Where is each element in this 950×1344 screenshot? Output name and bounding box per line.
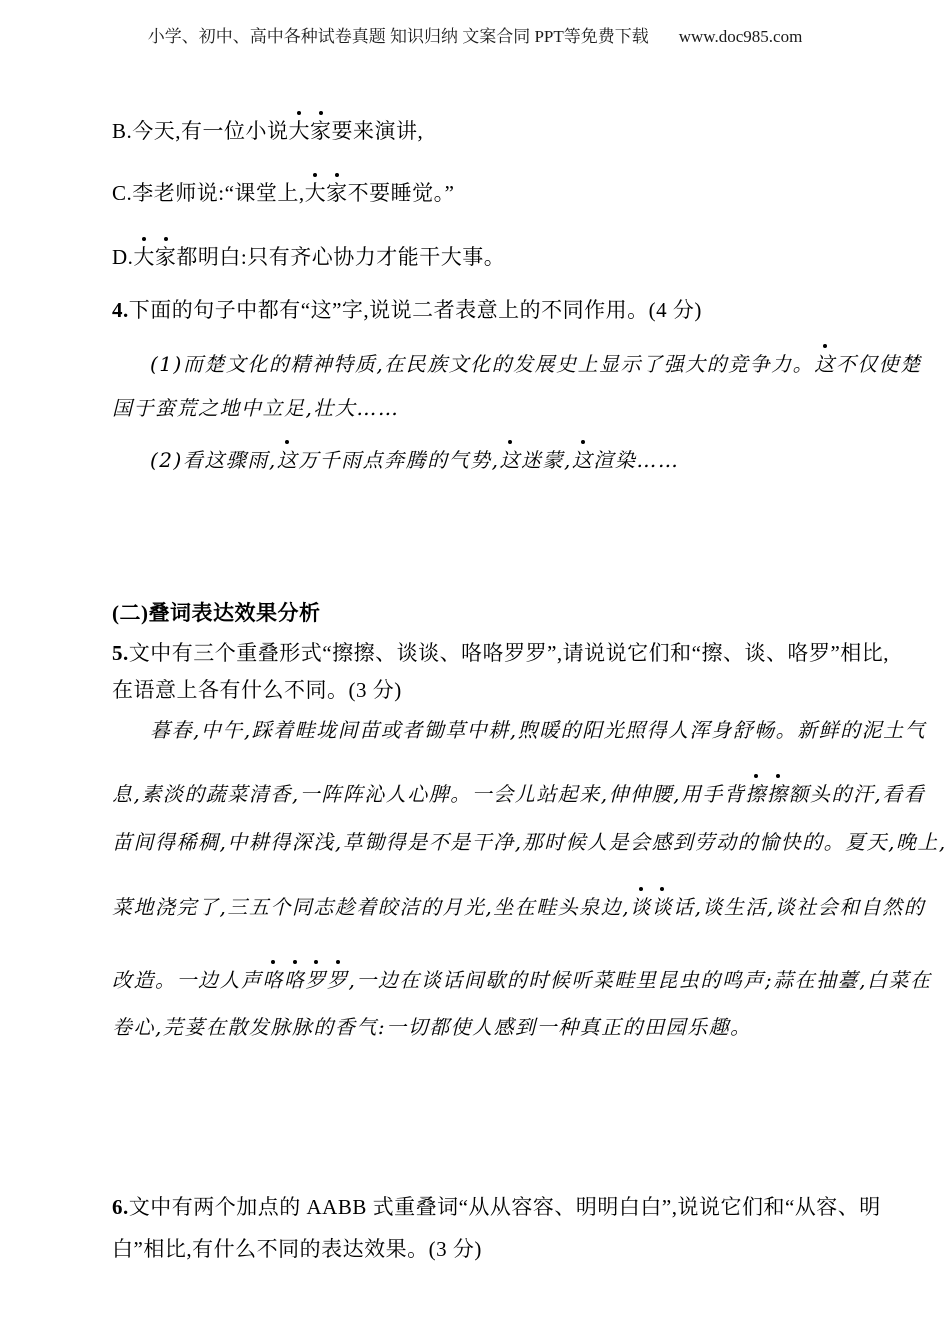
- text-segment: (二)叠词表达效果分析: [112, 601, 321, 625]
- worksheet-page: 小学、初中、高中各种试卷真题 知识归纳 文案合同 PPT等免费下载www.doc…: [0, 0, 950, 1344]
- emphasized-char: 这: [572, 447, 594, 473]
- passage-line-4: 菜地浇完了,三五个同志趁着皎洁的月光,坐在畦头泉边,谈谈话,谈生活,谈社会和自然…: [112, 894, 925, 920]
- question-5-line-1: 5.文中有三个重叠形式“擦擦、谈谈、咯咯罗罗”,请说说它们和“擦、谈、咯罗”相比…: [112, 640, 889, 666]
- text-segment: 6.: [112, 1195, 129, 1219]
- emphasized-char: 谈: [652, 894, 674, 920]
- option-c: C.李老师说:“课堂上,大家不要睡觉。”: [112, 180, 455, 206]
- text-segment: 额头的汗,看看: [788, 782, 925, 806]
- text-segment: B.今天,有一位小说: [112, 119, 289, 143]
- emphasized-char: 罗: [306, 967, 328, 993]
- text-segment: (1)而楚文化的精神特质,在民族文化的发展史上显示了强大的竞争力。: [150, 352, 814, 376]
- text-segment: 4.: [112, 298, 129, 322]
- question-6-line-2: 白”相比,有什么不同的表达效果。(3 分): [112, 1236, 482, 1262]
- emphasized-char: 咯: [263, 967, 285, 993]
- emphasized-char: 大: [305, 180, 327, 206]
- text-segment: 迷蒙,: [521, 448, 572, 472]
- text-segment: 卷心,芫荽在散发脉脉的香气:一切都使人感到一种真正的田园乐趣。: [112, 1015, 752, 1039]
- emphasized-char: 家: [326, 180, 348, 206]
- header-site-url[interactable]: www.doc985.com: [679, 27, 803, 46]
- passage-line-5: 改造。一边人声咯咯罗罗,一边在谈话间歇的时候听菜畦里昆虫的鸣声;蒜在抽薹,白菜在: [112, 967, 931, 993]
- text-segment: (2)看这骤雨,: [150, 448, 277, 472]
- emphasized-char: 家: [310, 118, 332, 144]
- emphasized-char: 大: [289, 118, 311, 144]
- text-segment: 暮春,中午,踩着畦垅间苗或者锄草中耕,煦暖的阳光照得人浑身舒畅。新鲜的泥土气: [150, 718, 926, 742]
- text-segment: 文中有三个重叠形式“擦擦、谈谈、咯咯罗罗”,请说说它们和“擦、谈、咯罗”相比,: [129, 641, 889, 665]
- text-segment: 5.: [112, 641, 129, 665]
- text-segment: 改造。一边人声: [112, 968, 263, 992]
- question-4-sentence-1-line-2: 国于蛮荒之地中立足,壮大……: [112, 395, 399, 421]
- question-4-sentence-1-line-1: (1)而楚文化的精神特质,在民族文化的发展史上显示了强大的竞争力。这不仅使楚: [112, 351, 922, 377]
- emphasized-char: 大: [133, 244, 155, 270]
- passage-line-3: 苗间得稀稠,中耕得深浅,草锄得是不是干净,那时候人是会感到劳动的愉快的。夏天,晚…: [112, 829, 947, 855]
- text-segment: 要来演讲,: [332, 119, 424, 143]
- text-segment: 下面的句子中都有“这”字,说说二者表意上的不同作用。(4 分): [129, 298, 702, 322]
- text-segment: 都明白:只有齐心协力才能干大事。: [176, 245, 505, 269]
- text-segment: 不仅使楚: [836, 352, 922, 376]
- option-d: D.大家都明白:只有齐心协力才能干大事。: [112, 244, 505, 270]
- option-b: B.今天,有一位小说大家要来演讲,: [112, 118, 423, 144]
- emphasized-char: 家: [155, 244, 177, 270]
- text-segment: 国于蛮荒之地中立足,壮大……: [112, 396, 399, 420]
- question-4-sentence-2: (2)看这骤雨,这万千雨点奔腾的气势,这迷蒙,这渲染……: [112, 447, 679, 473]
- text-segment: 不要睡觉。”: [348, 181, 455, 205]
- emphasized-char: 罗: [327, 967, 349, 993]
- text-segment: C.李老师说:“课堂上,: [112, 181, 305, 205]
- text-segment: 渲染……: [593, 448, 679, 472]
- emphasized-char: 擦: [745, 781, 767, 807]
- question-4: 4.下面的句子中都有“这”字,说说二者表意上的不同作用。(4 分): [112, 297, 702, 323]
- text-segment: ,一边在谈话间歇的时候听菜畦里昆虫的鸣声;蒜在抽薹,白菜在: [349, 968, 932, 992]
- emphasized-char: 这: [814, 351, 836, 377]
- emphasized-char: 擦: [767, 781, 789, 807]
- question-6-line-1: 6.文中有两个加点的 AABB 式重叠词“从从容容、明明白白”,说说它们和“从容…: [112, 1194, 881, 1220]
- text-segment: 菜地浇完了,三五个同志趁着皎洁的月光,坐在畦头泉边,: [112, 895, 630, 919]
- emphasized-char: 这: [277, 447, 299, 473]
- text-segment: 话,谈生活,谈社会和自然的: [673, 895, 925, 919]
- text-segment: 在语意上各有什么不同。(3 分): [112, 678, 402, 702]
- text-segment: 苗间得稀稠,中耕得深浅,草锄得是不是干净,那时候人是会感到劳动的愉快的。夏天,晚…: [112, 830, 947, 854]
- header-catalog-text: 小学、初中、高中各种试卷真题 知识归纳 文案合同 PPT等免费下载: [148, 27, 649, 46]
- question-5-line-2: 在语意上各有什么不同。(3 分): [112, 677, 402, 703]
- text-segment: 白”相比,有什么不同的表达效果。(3 分): [112, 1237, 482, 1261]
- text-segment: D.: [112, 245, 133, 269]
- emphasized-char: 这: [500, 447, 522, 473]
- text-segment: 万千雨点奔腾的气势,: [298, 448, 499, 472]
- text-segment: 息,素淡的蔬菜清香,一阵阵沁人心脾。一会儿站起来,伸伸腰,用手背: [112, 782, 745, 806]
- emphasized-char: 谈: [630, 894, 652, 920]
- passage-line-2: 息,素淡的蔬菜清香,一阵阵沁人心脾。一会儿站起来,伸伸腰,用手背擦擦额头的汗,看…: [112, 781, 925, 807]
- section-heading: (二)叠词表达效果分析: [112, 600, 321, 626]
- passage-line-1: 暮春,中午,踩着畦垅间苗或者锄草中耕,煦暖的阳光照得人浑身舒畅。新鲜的泥土气: [112, 717, 926, 743]
- passage-line-6: 卷心,芫荽在散发脉脉的香气:一切都使人感到一种真正的田园乐趣。: [112, 1014, 752, 1040]
- emphasized-char: 咯: [284, 967, 306, 993]
- page-header: 小学、初中、高中各种试卷真题 知识归纳 文案合同 PPT等免费下载www.doc…: [0, 22, 950, 47]
- text-segment: 文中有两个加点的 AABB 式重叠词“从从容容、明明白白”,说说它们和“从容、明: [129, 1195, 881, 1219]
